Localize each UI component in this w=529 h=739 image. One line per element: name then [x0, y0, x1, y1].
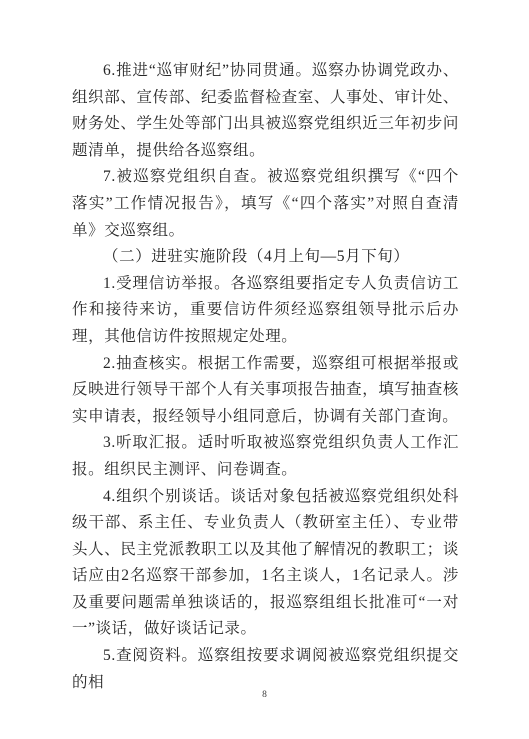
- paragraph-item-4: 4.组织个别谈话。谈话对象包括被巡察党组织处科级干部、系主任、专业负责人（教研室…: [72, 484, 459, 644]
- document-page: 6.推进“巡审财纪”协同贯通。巡察办协调党政办、组织部、宣传部、纪委监督检查室、…: [0, 0, 529, 739]
- page-number: 8: [0, 690, 529, 700]
- paragraph-item-3: 3.听取汇报。适时听取被巡察党组织负责人工作汇报。组织民主测评、问卷调查。: [72, 430, 459, 483]
- paragraph-item-1: 1.受理信访举报。各巡察组要指定专人负责信访工作和接待来访，重要信访件须经巡察组…: [72, 271, 459, 351]
- paragraph-item-2: 2.抽查核实。根据工作需要，巡察组可根据举报或反映进行领导干部个人有关事项报告抽…: [72, 351, 459, 431]
- paragraph-item-7: 7.被巡察党组织自查。被巡察党组织撰写《“四个落实”工作情况报告》，填写《“四个…: [72, 164, 459, 244]
- paragraph-item-5: 5.查阅资料。巡察组按要求调阅被巡察党组织提交的相: [72, 643, 459, 696]
- section-heading: （二）进驻实施阶段（4月上旬—5月下旬）: [72, 244, 459, 271]
- document-body: 6.推进“巡审财纪”协同贯通。巡察办协调党政办、组织部、宣传部、纪委监督检查室、…: [72, 58, 459, 696]
- paragraph-item-6: 6.推进“巡审财纪”协同贯通。巡察办协调党政办、组织部、宣传部、纪委监督检查室、…: [72, 58, 459, 164]
